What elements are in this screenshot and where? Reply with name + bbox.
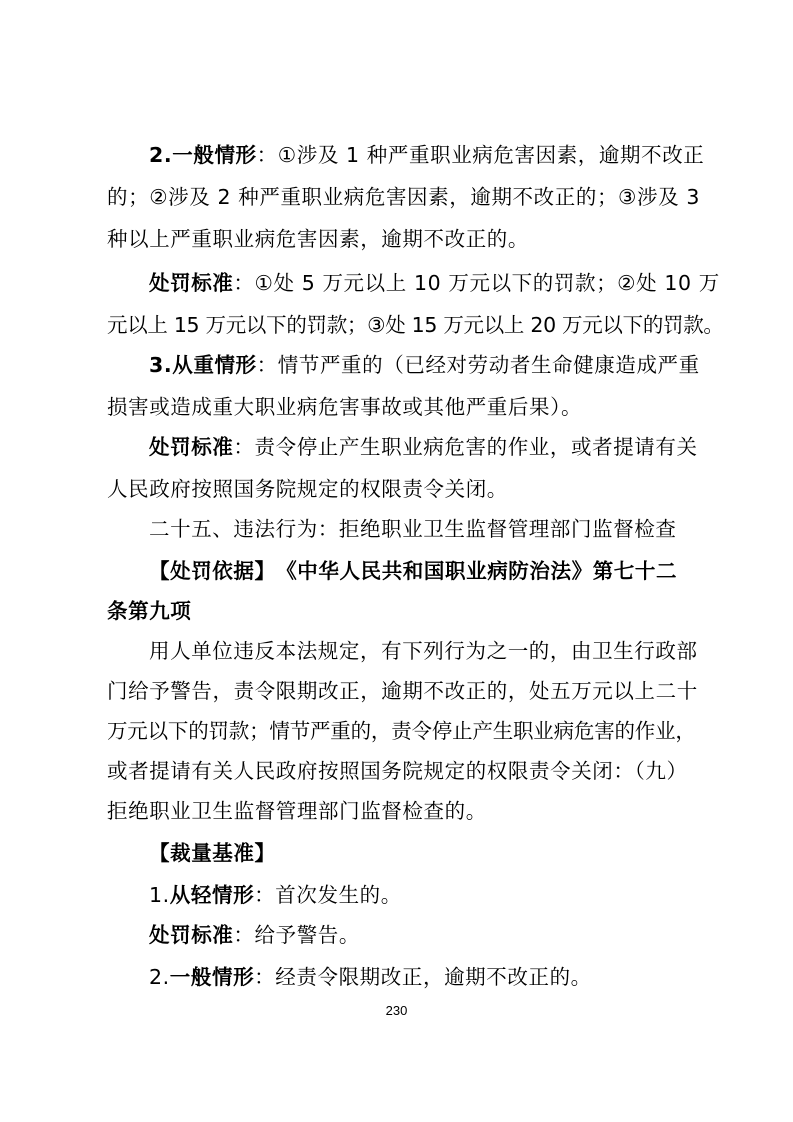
paragraph-line: 种以上严重职业病危害因素，逾期不改正的。 [107, 226, 529, 252]
bold-label: 3.从重情形 [149, 353, 257, 377]
paragraph-line: 元以上 15 万元以下的罚款；③处 15 万元以上 20 万元以下的罚款。 [107, 312, 724, 338]
penalty-basis-heading-cont: 条第九项 [107, 598, 191, 624]
paragraph-line: 2.一般情形：①涉及 1 种严重职业病危害因素，逾期不改正 [149, 142, 704, 168]
bold-label: 处罚标准 [149, 435, 233, 459]
paragraph-line: 门给予警告，责令限期改正，逾期不改正的，处五万元以上二十 [107, 678, 698, 704]
paragraph-line: 人民政府按照国务院规定的权限责令关闭。 [107, 476, 508, 502]
paragraph-line: 或者提请有关人民政府按照国务院规定的权限责令关闭：（九） [107, 758, 688, 784]
bold-label: 一般情形 [170, 965, 254, 989]
paragraph-line: 3.从重情形：情节严重的（已经对劳动者生命健康造成严重 [149, 352, 700, 378]
paragraph-line: 的；②涉及 2 种严重职业病危害因素，逾期不改正的；③涉及 3 [107, 184, 700, 210]
paragraph-line: 处罚标准：责令停止产生职业病危害的作业，或者提请有关 [149, 434, 698, 460]
bold-label: 处罚标准 [149, 923, 233, 947]
paragraph-line: 1.从轻情形：首次发生的。 [149, 882, 402, 908]
paragraph-line: 处罚标准：①处 5 万元以上 10 万元以下的罚款；②处 10 万 [149, 270, 720, 296]
paragraph-line: 2.一般情形：经责令限期改正，逾期不改正的。 [149, 964, 592, 990]
paragraph-line: 损害或造成重大职业病危害事故或其他严重后果）。 [107, 394, 582, 420]
page-number: 230 [0, 1003, 793, 1018]
paragraph-line: 万元以下的罚款；情节严重的，责令停止产生职业病危害的作业， [107, 718, 696, 744]
bold-label: 从轻情形 [170, 883, 254, 907]
paragraph-line: 处罚标准：给予警告。 [149, 922, 360, 948]
section-heading: 二十五、违法行为：拒绝职业卫生监督管理部门监督检查 [149, 516, 677, 542]
penalty-basis-heading: 【处罚依据】 《中华人民共和国职业病防治法》第七十二 [149, 558, 677, 584]
discretion-heading: 【裁量基准】 [149, 840, 276, 866]
bold-label: 处罚标准 [149, 271, 233, 295]
paragraph-line: 用人单位违反本法规定，有下列行为之一的，由卫生行政部 [149, 638, 698, 664]
paragraph-line: 拒绝职业卫生监督管理部门监督检查的。 [107, 798, 487, 824]
bold-label: 2.一般情形 [149, 143, 257, 167]
